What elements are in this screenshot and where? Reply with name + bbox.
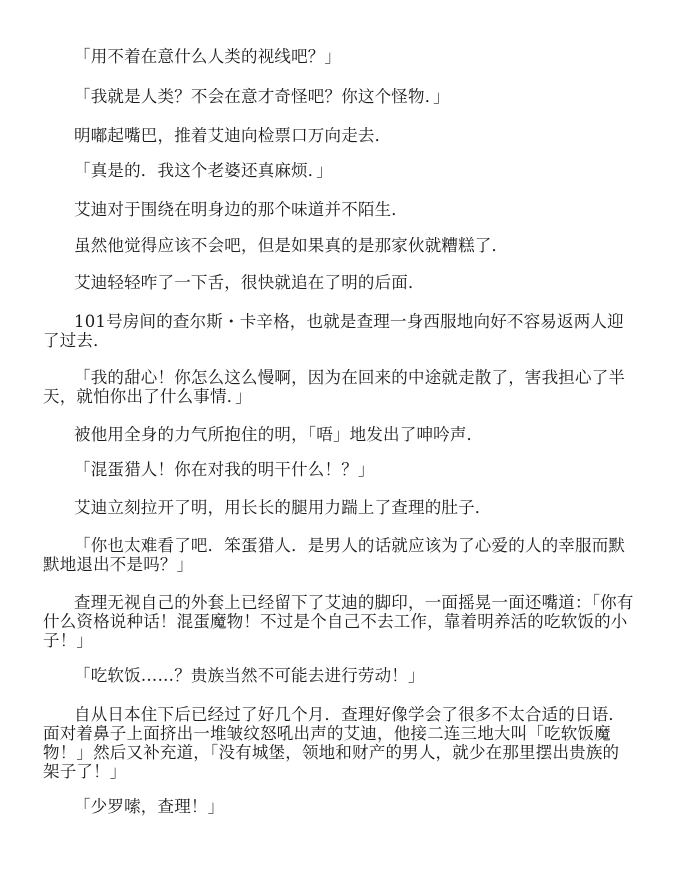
paragraph: 「我就是人类？不会在意才奇怪吧？你这个怪物．」 bbox=[43, 87, 635, 106]
paragraph: 查理无视自己的外套上已经留下了艾迪的脚印，一面摇晃一面还嘴道：「你有什么资格说种… bbox=[43, 593, 635, 650]
paragraph: 「你也太难看了吧．笨蛋猎人．是男人的话就应该为了心爱的人的幸服而默默地退出不是吗… bbox=[43, 536, 635, 574]
paragraph: 「少罗嗦，查理！」 bbox=[43, 797, 635, 816]
paragraph: 艾迪轻轻咋了一下舌，很快就追在了明的后面． bbox=[43, 273, 635, 292]
paragraph: 「用不着在意什么人类的视线吧？」 bbox=[43, 47, 635, 66]
paragraph: 虽然他觉得应该不会吧，但是如果真的是那家伙就糟糕了． bbox=[43, 236, 635, 255]
paragraph: 自从日本住下后已经过了好几个月．查理好像学会了很多不太合适的日语．面对着鼻子上面… bbox=[43, 705, 635, 781]
paragraph: 101号房间的查尔斯・卡辛格，也就是查理一身西服地向好不容易返两人迎了过去． bbox=[43, 312, 635, 350]
paragraph: 「真是的．我这个老婆还真麻烦．」 bbox=[43, 161, 635, 180]
paragraph: 「混蛋猎人！你在对我的明干什么！？」 bbox=[43, 460, 635, 479]
paragraph: 艾迪立刻拉开了明，用长长的腿用力踹上了查理的肚子． bbox=[43, 498, 635, 517]
paragraph: 被他用全身的力气所抱住的明，「唔」地发出了呻吟声． bbox=[43, 425, 635, 444]
paragraph: 明嘟起嘴巴，推着艾迪向检票口万向走去． bbox=[43, 126, 635, 145]
paragraph: 「吃软饭……？贵族当然不可能去进行劳动！」 bbox=[43, 666, 635, 685]
paragraph: 艾迪对于围绕在明身边的那个味道并不陌生． bbox=[43, 200, 635, 219]
paragraph: 「我的甜心！你怎么这么慢啊，因为在回来的中途就走散了，害我担心了半天，就怕你出了… bbox=[43, 368, 635, 406]
